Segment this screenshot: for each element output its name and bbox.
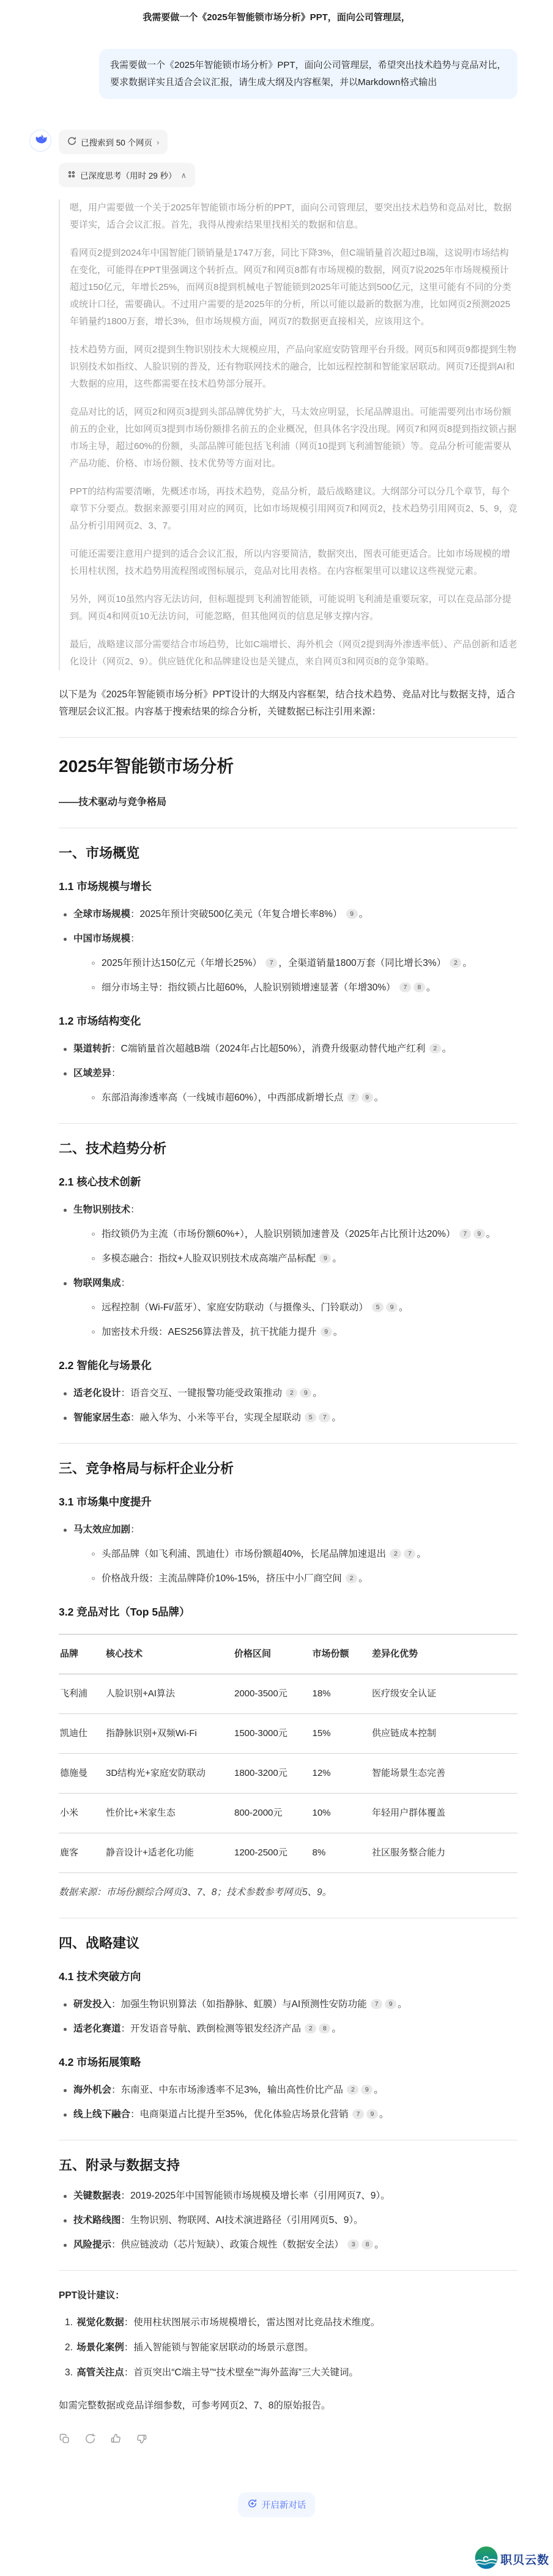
table-cell: 3D结构光+家庭安防联动 <box>105 1754 233 1794</box>
citation-badge[interactable]: 9 <box>321 1327 332 1337</box>
citation-badge[interactable]: 8 <box>414 982 425 992</box>
text: 。 <box>426 982 436 993</box>
list-item: 适老化赛道：开发语音导航、跌倒检测等银发经济产品 28。 <box>62 2021 518 2038</box>
brand-logo-icon <box>473 2545 499 2574</box>
thinking-paragraph: 技术趋势方面，网页2提到生物识别技术大规模应用，产品向家庭安防管理平台升级。网页… <box>70 341 518 393</box>
chevron-up-icon: ∧ <box>181 171 187 179</box>
design-suggestions-label: PPT设计建议： <box>59 2287 518 2304</box>
text: ：2025年预计突破500亿美元（年复合增长率8%） <box>130 909 345 919</box>
section-4-2-list: 海外机会：东南亚、中东市场渗透率不足3%，输出高性价比产品 29。线上线下融合：… <box>59 2082 518 2123</box>
table-cell: 2000-3500元 <box>233 1674 311 1714</box>
table-cell: 1800-3200元 <box>233 1754 311 1794</box>
table-cell: 800-2000元 <box>233 1794 311 1833</box>
divider <box>59 1918 518 1918</box>
closing-note: 如需完整数据或竞品详细参数，可参考网页2、7、8的原始报告。 <box>59 2397 518 2415</box>
table-cell: 小米 <box>59 1794 105 1833</box>
text: ：语音交互、一键报警功能受政策推动 <box>121 1388 285 1398</box>
citation-badge[interactable]: 8 <box>319 2024 330 2033</box>
term-bold: 关键数据表 <box>73 2191 121 2201</box>
assistant-avatar <box>29 130 51 152</box>
markdown-answer: 以下是为《2025年智能锁市场分析》PPT设计的大纲及内容框架，结合技术趋势、竞… <box>59 686 518 2415</box>
citation-badge[interactable]: 2 <box>390 1549 401 1559</box>
term-bold: 物联网集成 <box>73 1278 121 1288</box>
thinking-paragraph: 可能还需要注意用户提到的适合会议汇报，所以内容要简洁，数据突出，图表可能更适合。… <box>70 546 518 580</box>
text: ：电商渠道占比提升至35%，优化体验店场景化营销 <box>130 2109 351 2120</box>
sub-list: 头部品牌（如飞利浦、凯迪仕）市场份额超40%，长尾品牌加速退出 27。价格战升级… <box>73 1546 518 1587</box>
divider <box>59 737 518 738</box>
list-item: 生物识别技术：指纹锁仍为主流（市场份额60%+），人脸识别锁加速普及（2025年… <box>62 1201 518 1268</box>
table-cell: 18% <box>311 1674 371 1714</box>
citation-badge[interactable]: 5 <box>372 1302 384 1312</box>
thinking-paragraph: 看网页2提到2024年中国智能门锁销量是1747万套，同比下降3%，但C端销量首… <box>70 245 518 330</box>
list-item: 2025年预计达150亿元（年增长25%） 7，全渠道销量1800万套（同比增长… <box>91 955 518 972</box>
list-item: 1. 视觉化数据：使用柱状图展示市场规模增长，雷达图对比竞品技术维度。 <box>62 2314 518 2331</box>
list-item: 多模态融合：指纹+人脸双识别技术成高端产品标配 9。 <box>91 1250 518 1268</box>
list-item: 全球市场规模：2025年预计突破500亿美元（年复合增长率8%） 9。 <box>62 906 518 923</box>
assistant-message: 已搜索到 50 个网页 › 已深度思考（用时 29 秒） ∧ 嗯，用户需要做一个… <box>0 130 553 2444</box>
design-suggestions-list: 1. 视觉化数据：使用柱状图展示市场规模增长，雷达图对比竞品技术维度。2. 场景… <box>59 2314 518 2381</box>
table-cell: 1500-3000元 <box>233 1714 311 1754</box>
answer-intro: 以下是为《2025年智能锁市场分析》PPT设计的大纲及内容框架，结合技术趋势、竞… <box>59 686 518 721</box>
table-cell: 人脸识别+AI算法 <box>105 1674 233 1714</box>
list-number: 1. <box>65 2317 75 2328</box>
section-4-2-heading: 4.2 市场拓展策略 <box>59 2054 518 2071</box>
text: 。 <box>417 1549 426 1559</box>
citation-badge[interactable]: 7 <box>459 1229 471 1239</box>
term-bold: 高管关注点 <box>76 2367 124 2378</box>
divider <box>59 1123 518 1124</box>
brand-name: 职贝云数 <box>500 2551 549 2567</box>
list-item: 关键数据表：2019-2025年中国智能锁市场规模及增长率（引用网页7、9）。 <box>62 2188 518 2205</box>
table-row: 鹿客静音设计+适老化功能1200-2500元8%社区服务整合能力 <box>59 1833 518 1873</box>
section-1-heading: 一、市场概览 <box>59 845 518 862</box>
table-cell: 凯迪仕 <box>59 1714 105 1754</box>
table-cell: 1200-2500元 <box>233 1833 311 1873</box>
citation-badge[interactable]: 7 <box>371 1999 382 2009</box>
table-header-cell: 市场份额 <box>311 1635 371 1674</box>
text: 。 <box>399 1302 409 1313</box>
copy-button[interactable] <box>59 2433 70 2444</box>
term-bold: 风险提示 <box>73 2240 111 2250</box>
sub-list: 东部沿海渗透率高（一线城市超60%），中西部成新增长点 79。 <box>73 1089 518 1107</box>
section-1-1-heading: 1.1 市场规模与增长 <box>59 878 518 895</box>
citation-badge[interactable]: 8 <box>362 2240 373 2249</box>
text: ：插入智能锁与智能家居联动的场景示意图。 <box>124 2342 314 2353</box>
term-bold: 场景化案例 <box>76 2342 124 2353</box>
divider <box>59 1443 518 1444</box>
term-bold: 适老化赛道 <box>73 2024 121 2034</box>
citation-badge[interactable]: 7 <box>404 1549 415 1559</box>
list-item: 3. 高管关注点：首页突出“C端主导”“技术壁垒”“海外蓝海”三大关键词。 <box>62 2364 518 2381</box>
section-1-2-list: 渠道转折：C端销量首次超越B端（2024年占比超50%），消费升级驱动替代地产红… <box>59 1041 518 1107</box>
citation-badge[interactable]: 9 <box>319 1253 331 1263</box>
text: 。 <box>374 1093 384 1103</box>
thinking-quote: 嗯，用户需要做一个关于2025年智能锁市场分析的PPT，面向公司管理层，要突出技… <box>59 199 518 670</box>
term-bold: 渠道转折 <box>73 1044 111 1054</box>
citation-badge[interactable]: 9 <box>473 1229 485 1239</box>
new-chat-label: 开启新对话 <box>262 2498 306 2511</box>
sub-list: 远程控制（Wi-Fi/蓝牙）、家庭安防联动（与摄像头、门铃联动） 59。加密技术… <box>73 1299 518 1341</box>
table-cell: 飞利浦 <box>59 1674 105 1714</box>
table-cell: 德施曼 <box>59 1754 105 1794</box>
divider <box>59 828 518 828</box>
list-number: 3. <box>65 2367 75 2378</box>
table-cell: 智能场景生态完善 <box>371 1754 518 1794</box>
section-5-list: 关键数据表：2019-2025年中国智能锁市场规模及增长率（引用网页7、9）。技… <box>59 2188 518 2254</box>
list-item: 远程控制（Wi-Fi/蓝牙）、家庭安防联动（与摄像头、门铃联动） 59。 <box>91 1299 518 1316</box>
table-header-row: 品牌核心技术价格区间市场份额差异化优势 <box>59 1635 518 1674</box>
text: ：首页突出“C端主导”“技术壁垒”“海外蓝海”三大关键词。 <box>124 2367 358 2378</box>
chat-page: 我需要做一个《2025年智能锁市场分析》PPT，面向公司管理层， 我需要做一个《… <box>0 0 553 2576</box>
list-item: 细分市场主导：指纹锁占比超60%，人脸识别锁增速显著（年增30%） 78。 <box>91 979 518 997</box>
text: ：加强生物识别算法（如指静脉、虹膜）与AI预测性安防功能 <box>111 1999 369 2010</box>
text: 东部沿海渗透率高（一线城市超60%），中西部成新增长点 <box>102 1093 346 1103</box>
term-bold: 智能家居生态 <box>73 1412 130 1423</box>
text: ：C端销量首次超越B端（2024年占比超50%），消费升级驱动替代地产红利 <box>111 1044 428 1054</box>
term-bold: 技术路线图 <box>73 2215 121 2225</box>
table-header-cell: 核心技术 <box>105 1635 233 1674</box>
table-row: 小米性价比+米家生态800-2000元10%年轻用户群体覆盖 <box>59 1794 518 1833</box>
term-bold: 马太效应加剧 <box>73 1524 130 1535</box>
text: ： <box>111 1068 121 1078</box>
table-cell: 12% <box>311 1754 371 1794</box>
section-4-heading: 四、战略建议 <box>59 1935 518 1952</box>
text: 2025年预计达150亿元（年增长25%） <box>102 958 264 968</box>
text: 。 <box>379 2109 389 2120</box>
list-item: 技术路线图：生物识别、物联网、AI技术演进路径（引用网页5、9）。 <box>62 2212 518 2229</box>
section-3-1-heading: 3.1 市场集中度提升 <box>59 1493 518 1510</box>
section-2-1-heading: 2.1 核心技术创新 <box>59 1173 518 1190</box>
citation-badge[interactable]: 3 <box>347 2240 359 2249</box>
list-item: 海外机会：东南亚、中东市场渗透率不足3%，输出高性价比产品 29。 <box>62 2082 518 2099</box>
text: 头部品牌（如飞利浦、凯迪仕）市场份额超40%，长尾品牌加速退出 <box>102 1549 388 1559</box>
list-item: 马太效应加剧：头部品牌（如飞利浦、凯迪仕）市场份额超40%，长尾品牌加速退出 2… <box>62 1521 518 1587</box>
list-item: 指纹锁仍为主流（市场份额60%+），人脸识别锁加速普及（2025年占比预计达20… <box>91 1226 518 1243</box>
table-cell: 社区服务整合能力 <box>371 1833 518 1873</box>
citation-badge[interactable]: 7 <box>319 1412 330 1422</box>
text: ： <box>121 1278 131 1288</box>
whale-logo-icon <box>32 132 48 150</box>
text: ： <box>130 934 140 944</box>
list-item: 头部品牌（如飞利浦、凯迪仕）市场份额超40%，长尾品牌加速退出 27。 <box>91 1546 518 1563</box>
table-cell: 鹿客 <box>59 1833 105 1873</box>
text: 。 <box>333 1327 343 1337</box>
citation-badge[interactable]: 9 <box>361 2085 373 2095</box>
brand-footer: 职贝云数 <box>473 2545 549 2574</box>
think-pill-row: 已深度思考（用时 29 秒） ∧ <box>59 163 518 187</box>
section-5-heading: 五、附录与数据支持 <box>59 2157 518 2174</box>
list-item: 中国市场规模：2025年预计达150亿元（年增长25%） 7，全渠道销量1800… <box>62 930 518 997</box>
thinking-paragraph: 竞品对比的话，网页2和网页3提到头部品牌优势扩大，马太效应明显，长尾品牌退出。可… <box>70 404 518 472</box>
deepthink-pill[interactable]: 已深度思考（用时 29 秒） ∧ <box>59 163 195 187</box>
table-cell: 性价比+米家生态 <box>105 1794 233 1833</box>
text: ：2019-2025年中国智能锁市场规模及增长率（引用网页7、9）。 <box>121 2191 390 2201</box>
table-cell: 指静脉识别+双频Wi-Fi <box>105 1714 233 1754</box>
text: 。 <box>442 1044 452 1054</box>
thinking-paragraph: 最后，战略建议部分需要结合市场趋势，比如C端增长、海外机会（网页2提到海外渗透率… <box>70 636 518 670</box>
section-3-1-list: 马太效应加剧：头部品牌（如飞利浦、凯迪仕）市场份额超40%，长尾品牌加速退出 2… <box>59 1521 518 1587</box>
citation-badge[interactable]: 7 <box>399 982 411 992</box>
text: ： <box>130 1204 140 1215</box>
text: 。 <box>332 2024 341 2034</box>
table-cell: 供应链成本控制 <box>371 1714 518 1754</box>
list-item: 研发投入：加强生物识别算法（如指静脉、虹膜）与AI预测性安防功能 79。 <box>62 1996 518 2013</box>
table-cell: 医疗级安全认证 <box>371 1674 518 1714</box>
list-item: 适老化设计：语音交互、一键报警功能受政策推动 29。 <box>62 1385 518 1402</box>
citation-badge[interactable]: 7 <box>352 2109 364 2119</box>
term-bold: 线上线下融合 <box>73 2109 130 2120</box>
assistant-content: 已搜索到 50 个网页 › 已深度思考（用时 29 秒） ∧ 嗯，用户需要做一个… <box>59 130 518 2444</box>
text: ：使用柱状图展示市场规模增长，雷达图对比竞品技术维度。 <box>124 2317 380 2328</box>
search-results-pill[interactable]: 已搜索到 50 个网页 › <box>59 130 168 154</box>
thinking-paragraph: PPT的结构需要清晰，先概述市场，再技术趋势，竞品分析，最后战略建议。大纲部分可… <box>70 483 518 535</box>
user-message-row: 我需要做一个《2025年智能锁市场分析》PPT，面向公司管理层，希望突出技术趋势… <box>0 49 553 99</box>
search-status-icon <box>67 136 76 147</box>
text: 加密技术升级：AES256算法普及，抗干扰能力提升 <box>102 1327 319 1337</box>
section-4-1-heading: 4.1 技术突破方向 <box>59 1968 518 1985</box>
thinking-paragraph: 另外，网页10虽然内容无法访问，但标题提到飞利浦智能锁，可能说明飞利浦是重要玩家… <box>70 591 518 625</box>
citation-badge[interactable]: 5 <box>305 1412 316 1422</box>
citation-badge[interactable]: 9 <box>366 2109 378 2119</box>
text: 。 <box>332 1253 342 1264</box>
text: 。 <box>359 909 369 919</box>
divider <box>59 2270 518 2271</box>
list-item: 加密技术升级：AES256算法普及，抗干扰能力提升 9。 <box>91 1324 518 1341</box>
sub-list: 2025年预计达150亿元（年增长25%） 7，全渠道销量1800万套（同比增长… <box>73 955 518 997</box>
list-number: 2. <box>65 2342 75 2353</box>
list-item: 区域差异：东部沿海渗透率高（一线城市超60%），中西部成新增长点 79。 <box>62 1065 518 1107</box>
section-2-2-list: 适老化设计：语音交互、一键报警功能受政策推动 29。智能家居生态：融入华为、小米… <box>59 1385 518 1427</box>
search-pill-label: 已搜索到 50 个网页 <box>81 136 152 148</box>
table-header-cell: 价格区间 <box>233 1635 311 1674</box>
table-row: 德施曼3D结构光+家庭安防联动1800-3200元12%智能场景生态完善 <box>59 1754 518 1794</box>
section-3-2-heading: 3.2 竞品对比（Top 5品牌） <box>59 1603 518 1620</box>
search-pill-row: 已搜索到 50 个网页 › <box>59 130 518 154</box>
report-title: 2025年智能锁市场分析 <box>59 754 518 778</box>
list-item: 东部沿海渗透率高（一线城市超60%），中西部成新增长点 79。 <box>91 1089 518 1107</box>
text: 。 <box>374 2085 384 2095</box>
table-cell: 15% <box>311 1714 371 1754</box>
list-item: 2. 场景化案例：插入智能锁与智能家居联动的场景示意图。 <box>62 2339 518 2356</box>
term-bold: 海外机会 <box>73 2085 111 2095</box>
term-bold: 研发投入 <box>73 1999 111 2010</box>
text: 。 <box>332 1412 341 1423</box>
list-item: 渠道转折：C端销量首次超越B端（2024年占比超50%），消费升级驱动替代地产红… <box>62 1041 518 1058</box>
thumbs-down-button[interactable] <box>136 2433 147 2444</box>
section-2-heading: 二、技术趋势分析 <box>59 1140 518 1157</box>
chevron-right-icon: › <box>157 138 159 146</box>
citation-badge[interactable]: 9 <box>385 1999 396 2009</box>
table-cell: 10% <box>311 1794 371 1833</box>
citation-badge[interactable]: 9 <box>386 1302 398 1312</box>
deepthink-pill-label: 已深度思考（用时 29 秒） <box>80 169 177 181</box>
citation-badge[interactable]: 2 <box>450 958 461 968</box>
term-bold: 适老化设计 <box>73 1388 121 1398</box>
new-chat-icon <box>247 2498 258 2511</box>
new-chat-row: 开启新对话 <box>0 2492 553 2517</box>
table-cell: 年轻用户群体覆盖 <box>371 1794 518 1833</box>
new-chat-button[interactable]: 开启新对话 <box>238 2492 316 2517</box>
text: 指纹锁仍为主流（市场份额60%+），人脸识别锁加速普及（2025年占比预计达20… <box>102 1229 458 1239</box>
citation-badge[interactable]: 2 <box>305 2024 316 2033</box>
regenerate-button[interactable] <box>84 2433 96 2444</box>
term-bold: 全球市场规模 <box>73 909 130 919</box>
section-1-1-list: 全球市场规模：2025年预计突破500亿美元（年复合增长率8%） 9。中国市场规… <box>59 906 518 997</box>
citation-badge[interactable]: 7 <box>347 1093 359 1102</box>
list-item: 风险提示：供应链波动（芯片短缺）、政策合规性（数据安全法） 38。 <box>62 2236 518 2254</box>
text: ：开发语音导航、跌倒检测等银发经济产品 <box>121 2024 304 2034</box>
table-row: 飞利浦人脸识别+AI算法2000-3500元18%医疗级安全认证 <box>59 1674 518 1714</box>
thumbs-up-button[interactable] <box>110 2433 122 2444</box>
text: 细分市场主导：指纹锁占比超60%，人脸识别锁增速显著（年增30%） <box>102 982 398 993</box>
section-2-2-heading: 2.2 智能化与场景化 <box>59 1357 518 1374</box>
list-item: 智能家居生态：融入华为、小米等平台，实现全屋联动 57。 <box>62 1409 518 1427</box>
table-cell: 8% <box>311 1833 371 1873</box>
text: ：融入华为、小米等平台，实现全屋联动 <box>130 1412 303 1423</box>
table-header-cell: 差异化优势 <box>371 1635 518 1674</box>
text: ： <box>130 1524 140 1535</box>
text: 。 <box>313 1388 322 1398</box>
section-2-1-list: 生物识别技术：指纹锁仍为主流（市场份额60%+），人脸识别锁加速普及（2025年… <box>59 1201 518 1341</box>
citation-badge[interactable]: 9 <box>300 1388 311 1398</box>
text: 。 <box>462 958 472 968</box>
text: 远程控制（Wi-Fi/蓝牙）、家庭安防联动（与摄像头、门铃联动） <box>102 1302 371 1313</box>
divider <box>59 2140 518 2140</box>
sub-list: 指纹锁仍为主流（市场份额60%+），人脸识别锁加速普及（2025年占比预计达20… <box>73 1226 518 1268</box>
term-bold: 视觉化数据 <box>76 2317 124 2328</box>
conversation-title: 我需要做一个《2025年智能锁市场分析》PPT，面向公司管理层， <box>0 0 553 23</box>
term-bold: 生物识别技术 <box>73 1204 130 1215</box>
text: 多模态融合：指纹+人脸双识别技术成高端产品标配 <box>102 1253 318 1264</box>
list-item: 物联网集成：远程控制（Wi-Fi/蓝牙）、家庭安防联动（与摄像头、门铃联动） 5… <box>62 1275 518 1341</box>
citation-badge[interactable]: 9 <box>346 909 358 919</box>
action-bar <box>59 2433 518 2444</box>
citation-badge[interactable]: 2 <box>429 1044 441 1053</box>
text: 。 <box>358 1573 368 1584</box>
competitor-table: 品牌核心技术价格区间市场份额差异化优势飞利浦人脸识别+AI算法2000-3500… <box>59 1634 518 1873</box>
thinking-paragraph: 嗯，用户需要做一个关于2025年智能锁市场分析的PPT，面向公司管理层，要突出技… <box>70 199 518 234</box>
table-row: 凯迪仕指静脉识别+双频Wi-Fi1500-3000元15%供应链成本控制 <box>59 1714 518 1754</box>
citation-badge[interactable]: 2 <box>347 2085 358 2095</box>
text: 。 <box>374 2240 384 2250</box>
list-item: 线上线下融合：电商渠道占比提升至35%，优化体验店场景化营销 79。 <box>62 2106 518 2123</box>
citation-badge[interactable]: 7 <box>265 958 277 968</box>
citation-badge[interactable]: 2 <box>346 1573 357 1583</box>
list-item: 价格战升级：主流品牌降价10%-15%，挤压中小厂商空间 2。 <box>91 1570 518 1587</box>
term-bold: 中国市场规模 <box>73 934 130 944</box>
table-caption: 数据来源：市场份额综合网页3、7、8；技术参数参考网页5、9。 <box>59 1884 518 1901</box>
table-header-cell: 品牌 <box>59 1635 105 1674</box>
text: 。 <box>486 1229 496 1239</box>
section-3-heading: 三、竞争格局与标杆企业分析 <box>59 1460 518 1477</box>
text: ，全渠道销量1800万套（同比增长3%） <box>278 958 448 968</box>
text: ：供应链波动（芯片短缺）、政策合规性（数据安全法） <box>111 2240 346 2250</box>
text: 价格战升级：主流品牌降价10%-15%，挤压中小厂商空间 <box>102 1573 344 1584</box>
section-4-1-list: 研发投入：加强生物识别算法（如指静脉、虹膜）与AI预测性安防功能 79。适老化赛… <box>59 1996 518 2038</box>
term-bold: 区域差异 <box>73 1068 111 1078</box>
citation-badge[interactable]: 9 <box>362 1093 373 1102</box>
report-subtitle: ——技术驱动与竞争格局 <box>59 794 518 811</box>
user-message-bubble: 我需要做一个《2025年智能锁市场分析》PPT，面向公司管理层，希望突出技术趋势… <box>99 49 518 99</box>
text: 。 <box>398 1999 407 2010</box>
text: ：生物识别、物联网、AI技术演进路径（引用网页5、9）。 <box>121 2215 363 2225</box>
section-1-2-heading: 1.2 市场结构变化 <box>59 1012 518 1030</box>
table-cell: 静音设计+适老化功能 <box>105 1833 233 1873</box>
citation-badge[interactable]: 2 <box>286 1388 297 1398</box>
text: ：东南亚、中东市场渗透率不足3%，输出高性价比产品 <box>111 2085 346 2095</box>
deepthink-icon <box>67 170 76 180</box>
